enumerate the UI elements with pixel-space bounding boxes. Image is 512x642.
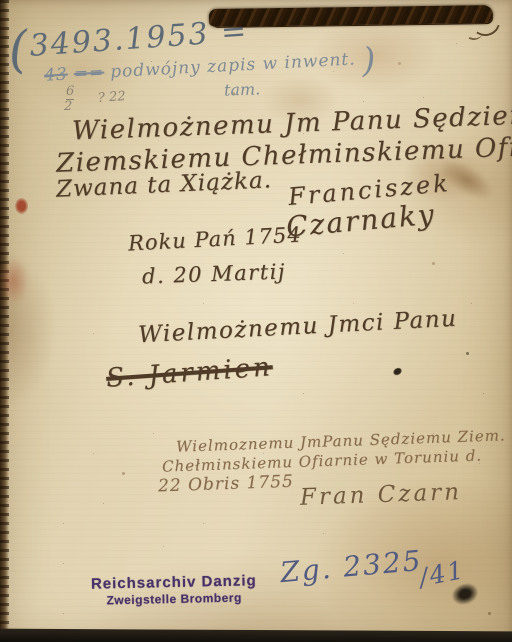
pencil-note-close-paren: ) bbox=[361, 40, 377, 81]
small-mark-22: ? 22 bbox=[98, 89, 127, 106]
red-wax-spot bbox=[15, 198, 28, 214]
redacted-scribble-line bbox=[209, 5, 493, 27]
accession-main: Zg. 2325 bbox=[279, 544, 424, 589]
dedication-1755-line3: 22 Obris 1755 bbox=[158, 472, 294, 497]
archive-stamp: Reichsarchiv Danzig Zweigstelle Bromberg bbox=[84, 572, 265, 609]
book-edge-bottom bbox=[0, 629, 512, 642]
stamp-line-2: Zweigstelle Bromberg bbox=[84, 590, 264, 609]
pencil-note-number: 43 bbox=[44, 64, 69, 85]
accession-suffix: /41 bbox=[417, 555, 468, 592]
binding-edge-left bbox=[0, 0, 9, 642]
pencil-note-strike: == bbox=[73, 63, 105, 85]
catalog-equals: = bbox=[220, 14, 250, 51]
crossed-out-name: S. Jarmien bbox=[105, 352, 274, 394]
manuscript-page: (3493.1953 = 43==podwójny zapis w inwent… bbox=[0, 0, 512, 642]
date-day-line: d. 20 Martij bbox=[142, 259, 287, 288]
small-mark-6: 6 bbox=[66, 84, 74, 100]
pencil-note-tam: tam. bbox=[224, 79, 261, 99]
ink-drop-speck bbox=[392, 366, 403, 377]
dedication-middle-heading: Wielmożnemu Jmci Panu bbox=[138, 306, 458, 349]
scribble-flourish-small bbox=[469, 28, 484, 42]
date-year-line: Roku Pań 1754 bbox=[127, 222, 302, 255]
small-mark-2: 2 bbox=[64, 99, 72, 114]
signature-1755: Fran Czarn bbox=[300, 479, 463, 511]
catalog-number-value: 3493.1953 bbox=[29, 16, 211, 63]
accession-number: Zg. 2325/41 bbox=[279, 540, 470, 589]
